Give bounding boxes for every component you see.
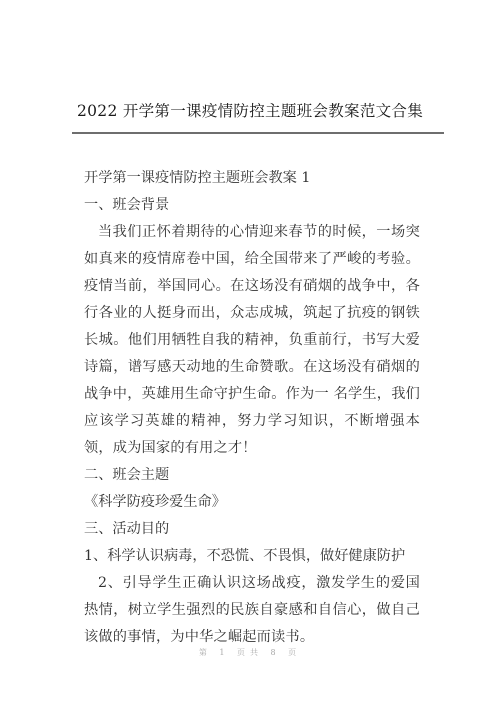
section-2-body: 《科学防疫珍爱生命》 <box>84 489 420 516</box>
document-title: 2022 开学第一课疫情防控主题班会教案范文合集 <box>0 99 500 121</box>
section-1-title: 一、班会背景 <box>84 192 420 219</box>
section-3-item-2: 2、引导学生正确认识这场战疫，激发学生的爱国热情，树立学生强烈的民族自豪感和自信… <box>84 570 420 651</box>
section-2-title: 二、班会主题 <box>84 462 420 489</box>
section-3-title: 三、活动目的 <box>84 516 420 543</box>
document-body: 开学第一课疫情防控主题班会教案 1 一、班会背景 当我们正怀着期待的心情迎来春节… <box>84 165 420 651</box>
lesson-heading: 开学第一课疫情防控主题班会教案 1 <box>84 165 420 192</box>
section-3-item-1: 1、科学认识病毒，不恐慌、不畏惧，做好健康防护 <box>84 543 420 570</box>
page-number-footer: 第 1 页共 8 页 <box>0 647 500 658</box>
title-divider <box>72 132 444 134</box>
section-1-body: 当我们正怀着期待的心情迎来春节的时候，一场突如真来的疫情席卷中国，给全国带来了严… <box>84 219 420 462</box>
